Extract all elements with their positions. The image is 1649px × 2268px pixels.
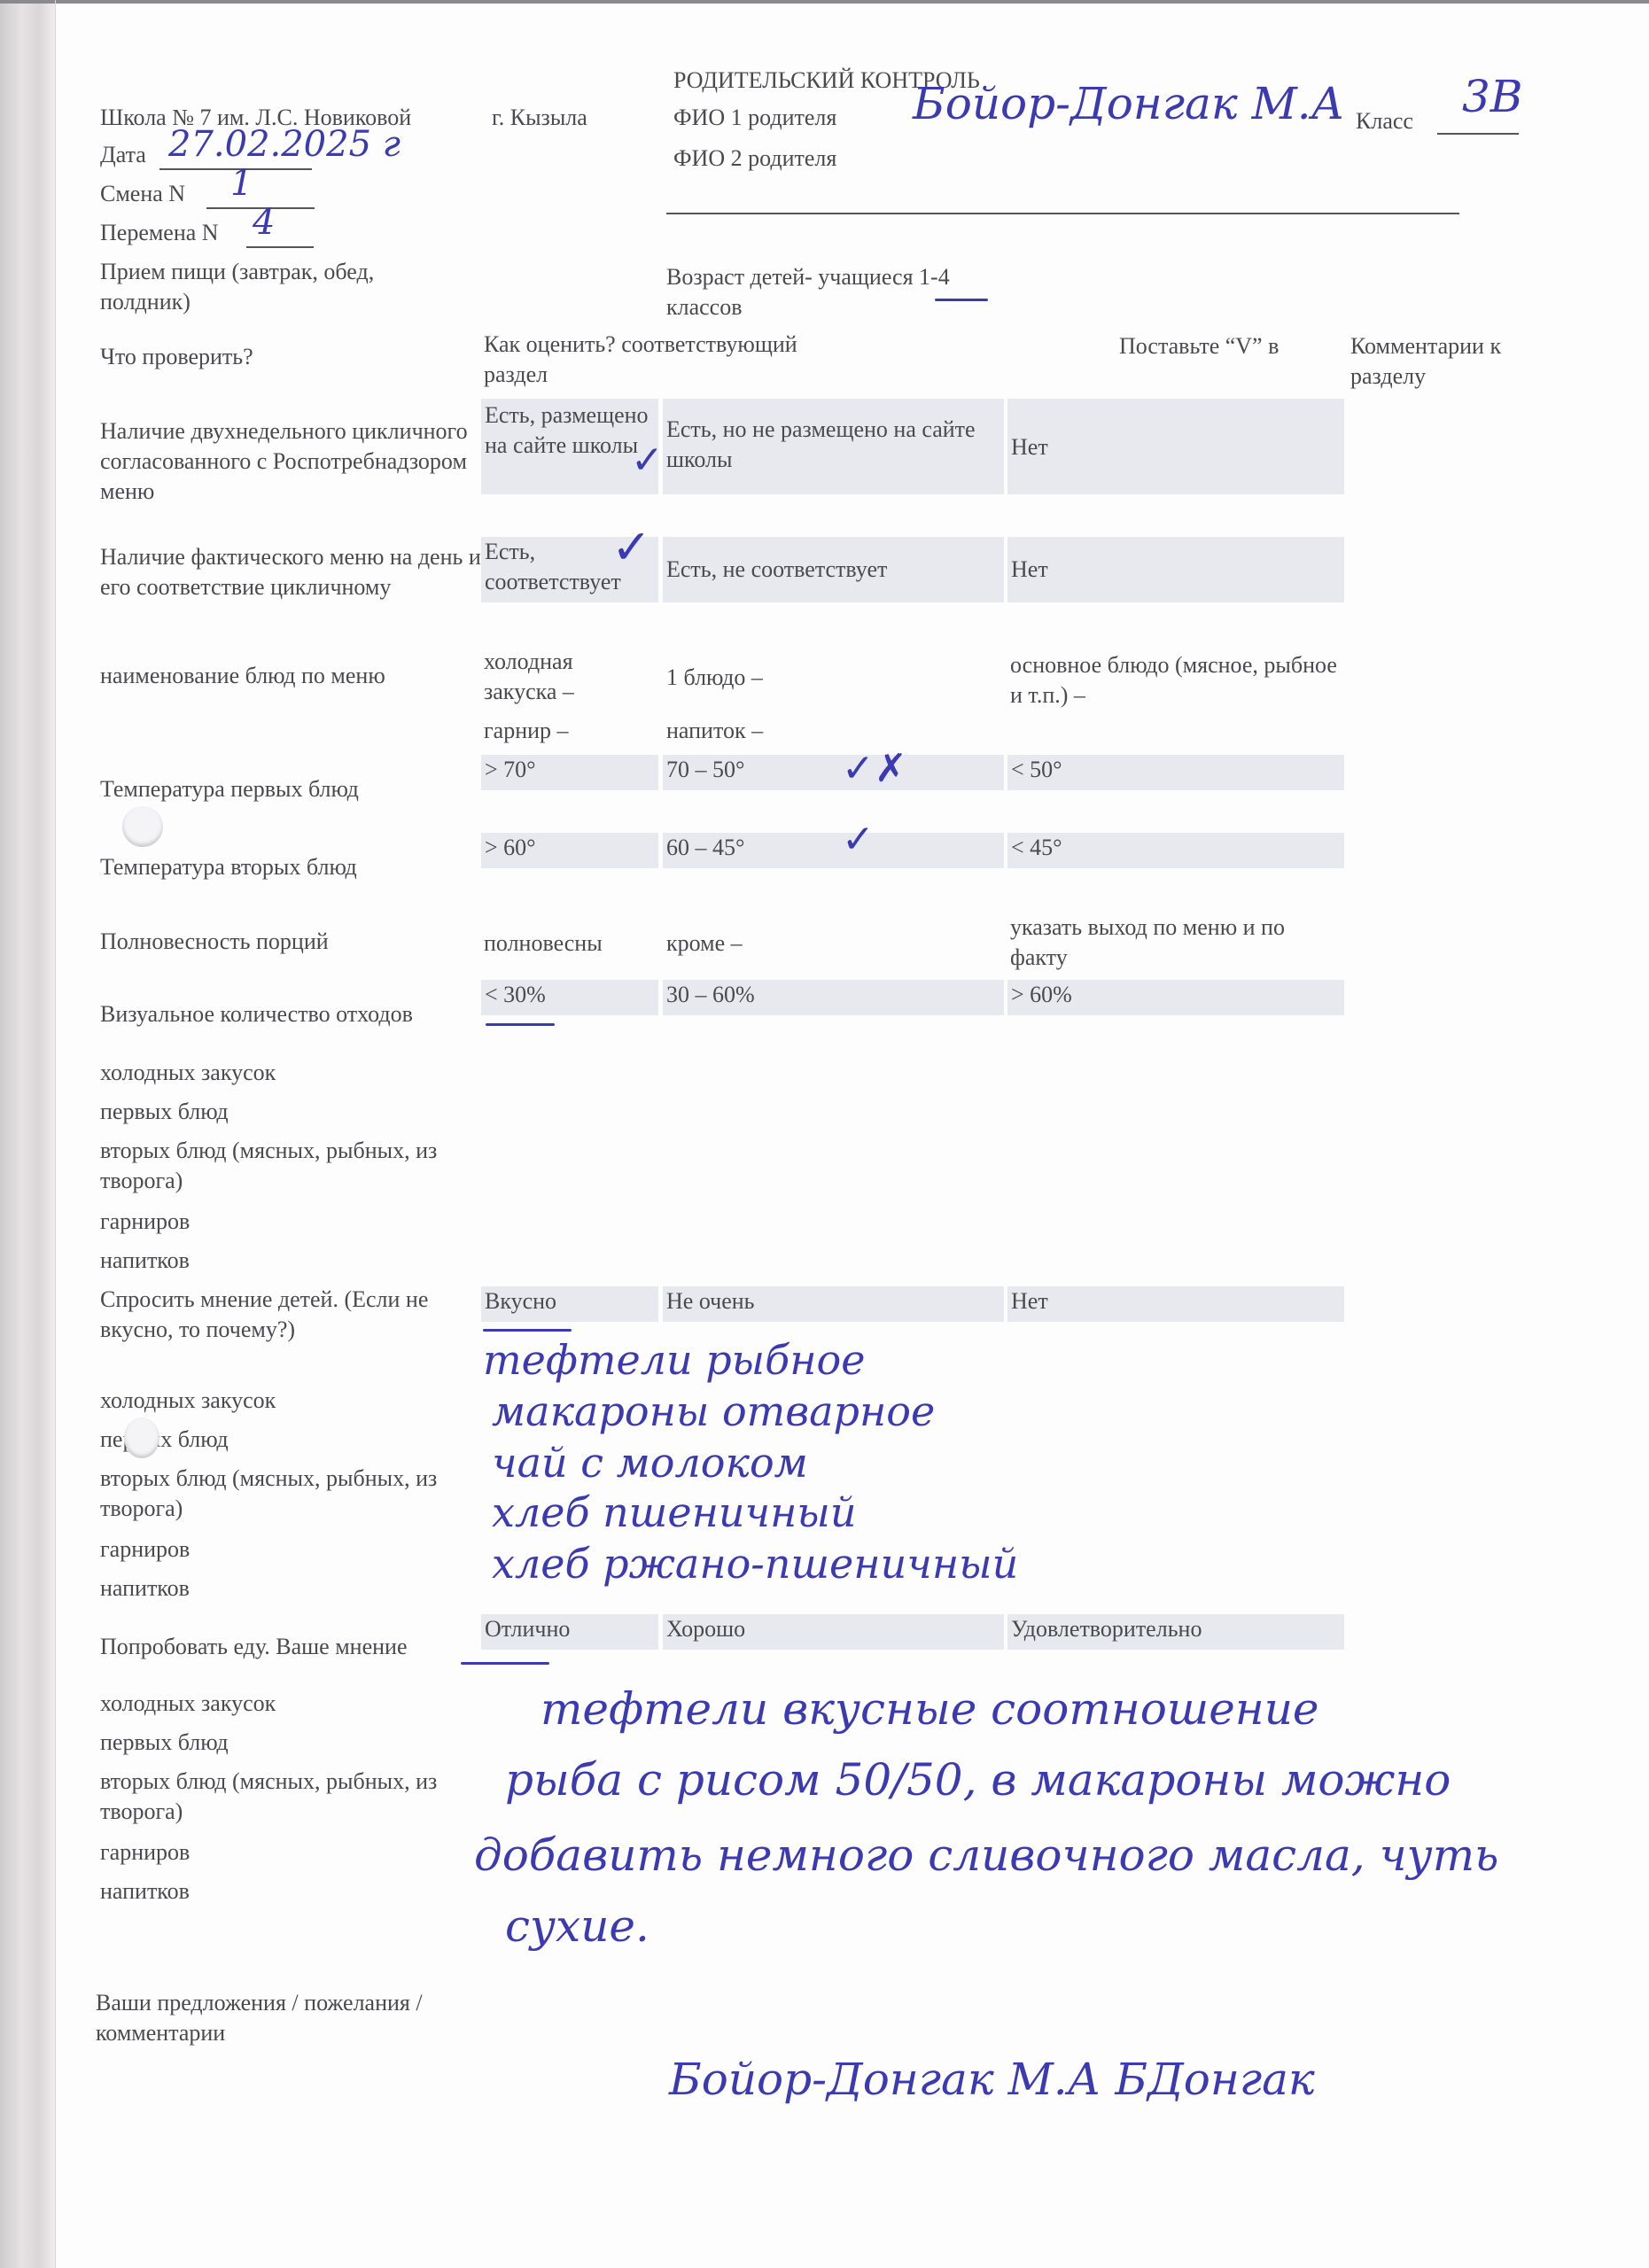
option-waste-high[interactable]: > 60% <box>1007 980 1344 1015</box>
opinion-item: вторых блюд (мясных, рыбных, из творога) <box>100 1464 481 1524</box>
option-satisfactory[interactable]: Удовлетворительно <box>1007 1614 1344 1650</box>
option-text: < 45° <box>1011 835 1062 860</box>
option-text: Нет <box>1011 556 1048 582</box>
option-text: > 60% <box>1011 982 1072 1007</box>
checkmark-icon: ✓ <box>631 441 664 480</box>
waste-item: холодных закусок <box>100 1058 276 1088</box>
class-underline <box>1437 133 1519 135</box>
city: г. Кызыла <box>492 103 587 133</box>
checkmark-icon: ✓ <box>611 528 651 567</box>
selection-underline <box>461 1662 549 1665</box>
option-text: < 30% <box>485 982 546 1007</box>
option-temp-second-high[interactable]: > 60° <box>481 833 658 868</box>
shift-field[interactable]: 1 <box>230 163 253 204</box>
handwritten-line: чай с молоком <box>492 1439 808 1487</box>
row-taste-label: Попробовать еду. Ваше мнение <box>100 1632 407 1662</box>
parent2-underline <box>666 213 1459 214</box>
suggestions-label: Ваши предложения / пожелания / комментар… <box>96 1988 486 2048</box>
parent1-field[interactable]: Бойор-Донгак М.А <box>913 78 1345 129</box>
dish-drink: напиток – <box>666 716 763 746</box>
date-label: Дата <box>100 140 146 170</box>
option-text: Нет <box>1011 1288 1048 1314</box>
waste-item: напитков <box>100 1246 190 1276</box>
opinion-item: первых блюд <box>100 1425 229 1455</box>
age-underline-mark <box>935 299 988 301</box>
option-good[interactable]: Хорошо <box>663 1614 1004 1650</box>
option-not-very[interactable]: Не очень <box>663 1286 1004 1322</box>
option-portions-specify[interactable]: указать выход по меню и по факту <box>1010 913 1347 973</box>
row-cyclic-menu-label: Наличие двухнедельного цикличного соглас… <box>100 416 472 507</box>
paper-blemish <box>124 1417 159 1458</box>
meal-label: Прием пищи (завтрак, обед, полдник) <box>100 257 455 317</box>
option-text: Есть, соответствует <box>485 539 621 594</box>
checkmark-icon: ✓ <box>842 820 875 859</box>
taste-item: напитков <box>100 1876 190 1907</box>
row-actual-menu-label: Наличие фактического меню на день и его … <box>100 542 481 602</box>
break-underline <box>246 246 314 248</box>
option-temp-first-mid[interactable]: 70 – 50° <box>663 755 1004 790</box>
break-label: Перемена N <box>100 218 219 248</box>
option-actual-not-matching[interactable]: Есть, не соответствует <box>663 537 1004 602</box>
handwritten-line: хлеб пшеничный <box>492 1488 857 1536</box>
option-portions-full[interactable]: полновесны <box>484 928 603 959</box>
parent2-label: ФИО 2 родителя <box>673 144 836 174</box>
row-children-opinion-label: Спросить мнение детей. (Если не вкусно, … <box>100 1285 472 1345</box>
option-temp-first-low[interactable]: < 50° <box>1007 755 1344 790</box>
option-text: Не очень <box>666 1288 755 1314</box>
opinion-item: гарниров <box>100 1534 190 1565</box>
dish-side: гарнир – <box>484 716 569 746</box>
class-field[interactable]: 3В <box>1462 71 1523 122</box>
col-what: Что проверить? <box>100 342 253 372</box>
option-text: 70 – 50° <box>666 757 744 782</box>
option-temp-second-low[interactable]: < 45° <box>1007 833 1344 868</box>
handwritten-line: макароны отварное <box>492 1387 935 1435</box>
option-temp-first-high[interactable]: > 70° <box>481 755 658 790</box>
class-label: Класс <box>1356 106 1413 136</box>
col-put-v: Поставьте “V” в <box>1119 331 1279 361</box>
option-cyclic-not-posted[interactable]: Есть, но не размещено на сайте школы <box>663 399 1004 494</box>
handwritten-line: рыба с рисом 50/50, в макароны можно <box>505 1754 1451 1806</box>
handwritten-line: тефтели вкусные соотношение <box>541 1683 1319 1735</box>
page-edge <box>55 0 56 2268</box>
option-text: > 70° <box>485 757 536 782</box>
taste-item: вторых блюд (мясных, рыбных, из творога) <box>100 1767 481 1827</box>
taste-item: холодных закусок <box>100 1689 276 1719</box>
option-text: Есть, размещено на сайте школы <box>485 402 649 458</box>
option-text: Нет <box>1011 434 1048 460</box>
option-temp-second-mid[interactable]: 60 – 45° <box>663 833 1004 868</box>
option-text: Вкусно <box>485 1288 556 1314</box>
age-label: Возраст детей- учащиеся 1-4 классов <box>666 262 1021 322</box>
option-cyclic-none[interactable]: Нет <box>1007 399 1344 494</box>
option-text: Удовлетворительно <box>1011 1616 1202 1642</box>
check-cross-icon: ✓✗ <box>842 750 907 788</box>
dish-first-course: 1 блюдо – <box>666 663 763 693</box>
handwritten-line: добавить немного сливочного масла, чуть <box>474 1829 1498 1881</box>
option-portions-except[interactable]: кроме – <box>666 928 743 959</box>
date-field[interactable]: 27.02.2025 г <box>168 124 401 165</box>
option-text: Есть, не соответствует <box>666 556 887 582</box>
col-how: Как оценить? соответствующий раздел <box>484 330 803 390</box>
paper-blemish <box>122 806 163 847</box>
taste-item: первых блюд <box>100 1728 229 1758</box>
option-waste-mid[interactable]: 30 – 60% <box>663 980 1004 1015</box>
scan-edge <box>0 0 55 2268</box>
dish-main-course: основное блюдо (мясное, рыбное и т.п.) – <box>1010 650 1347 711</box>
option-text: Есть, но не размещено на сайте школы <box>666 416 976 472</box>
waste-item: вторых блюд (мясных, рыбных, из творога) <box>100 1136 481 1196</box>
break-field[interactable]: 4 <box>253 202 275 243</box>
shift-label: Смена N <box>100 179 185 209</box>
row-dish-names-label: наименование блюд по меню <box>100 661 385 691</box>
option-text: 60 – 45° <box>666 835 744 860</box>
selection-underline <box>483 1329 572 1332</box>
taste-item: гарниров <box>100 1837 190 1868</box>
option-excellent[interactable]: Отлично <box>481 1614 658 1650</box>
waste-item: гарниров <box>100 1207 190 1237</box>
dish-cold-appetizer: холодная закуска – <box>484 647 643 707</box>
selection-underline <box>486 1023 555 1026</box>
option-text: > 60° <box>485 835 536 860</box>
option-text: 30 – 60% <box>666 982 755 1007</box>
row-waste-label: Визуальное количество отходов <box>100 999 413 1029</box>
option-text: Отлично <box>485 1616 570 1642</box>
row-temp-second-label: Температура вторых блюд <box>100 852 357 882</box>
opinion-item: напитков <box>100 1573 190 1604</box>
parent1-label: ФИО 1 родителя <box>673 103 836 133</box>
scan-top-edge <box>0 0 1649 4</box>
col-comments: Комментарии к разделу <box>1350 331 1545 392</box>
handwritten-line: хлеб ржано-пшеничный <box>492 1540 1018 1588</box>
opinion-item: холодных закусок <box>100 1386 276 1416</box>
signature: Бойор-Донгак М.А БДонгак <box>669 2054 1315 2105</box>
option-waste-low[interactable]: < 30% <box>481 980 658 1015</box>
option-actual-none[interactable]: Нет <box>1007 537 1344 602</box>
handwritten-line: тефтели рыбное <box>483 1336 865 1384</box>
handwritten-line: сухие. <box>505 1900 649 1952</box>
option-text: < 50° <box>1011 757 1062 782</box>
row-portions-label: Полновесность порций <box>100 927 329 957</box>
option-text: Хорошо <box>666 1616 745 1642</box>
waste-item: первых блюд <box>100 1097 229 1127</box>
option-tasty[interactable]: Вкусно <box>481 1286 658 1322</box>
option-no[interactable]: Нет <box>1007 1286 1344 1322</box>
row-temp-first-label: Температура первых блюд <box>100 774 359 804</box>
